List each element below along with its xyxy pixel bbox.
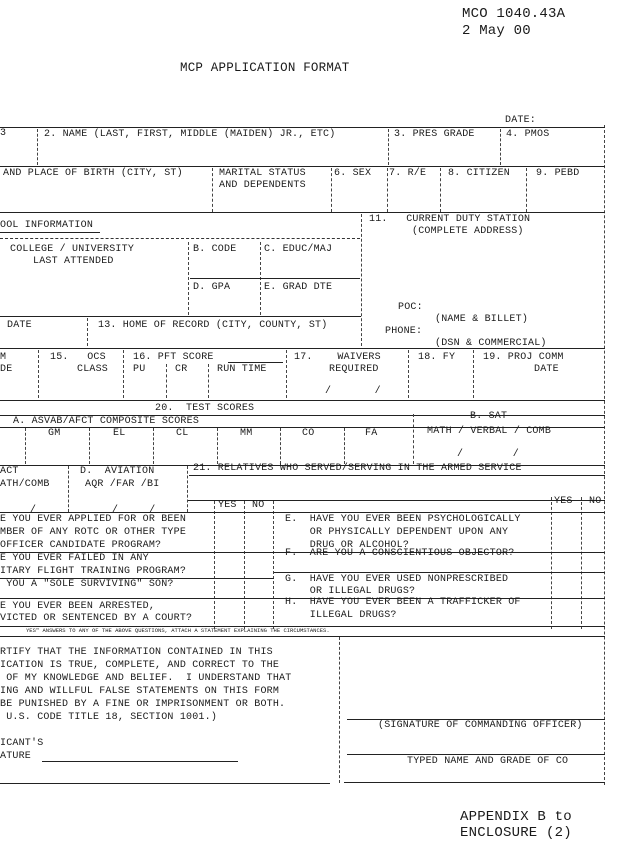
asvab-col-el: EL xyxy=(113,428,125,440)
divider xyxy=(388,129,389,165)
aviation-label: D. AVIATION xyxy=(80,466,154,478)
item16-pft-label: 16. PFT SCORE xyxy=(133,352,214,364)
co-score-field[interactable] xyxy=(282,441,342,463)
sat-score-field[interactable] xyxy=(415,441,601,463)
divider xyxy=(153,428,154,464)
pu-label: PU xyxy=(133,364,145,376)
question-e-line1: E. HAVE YOU EVER BEEN PSYCHOLOGICALLY xyxy=(285,514,521,526)
sex-field[interactable] xyxy=(333,181,385,211)
code-label: B. CODE xyxy=(193,244,236,256)
school-info-heading: OOL INFORMATION xyxy=(0,220,93,232)
run-time-label: RUN TIME xyxy=(217,364,267,376)
question-a-yes-box[interactable] xyxy=(216,514,242,550)
asvab-col-co: CO xyxy=(302,428,314,440)
aviation-score-field[interactable] xyxy=(70,492,185,512)
question-c-yes-box[interactable] xyxy=(216,580,242,598)
el-score-field[interactable] xyxy=(91,441,151,463)
page-title: MCP APPLICATION FORMAT xyxy=(180,61,349,76)
question-f-no-box[interactable] xyxy=(583,554,603,572)
form-right-border xyxy=(604,125,605,785)
divider xyxy=(37,129,38,165)
duty-station-field[interactable] xyxy=(364,240,602,296)
rule xyxy=(0,316,361,317)
left-no-header: NO xyxy=(252,500,264,512)
divider xyxy=(551,497,552,629)
question-b-line1: E YOU EVER FAILED IN ANY xyxy=(0,553,149,565)
act-fragment-line1: ACT xyxy=(0,466,19,478)
appendix-label: APPENDIX B to xyxy=(460,809,572,826)
item19-proj-comm-label: 19. PROJ COMM xyxy=(483,352,564,364)
rule xyxy=(0,348,605,349)
divider xyxy=(188,242,189,315)
divider xyxy=(440,168,441,212)
question-g-no-box[interactable] xyxy=(583,574,603,596)
duty-station-label: 11. CURRENT DUTY STATION xyxy=(369,214,530,226)
item4-pmos-label: 4. PMOS xyxy=(506,129,549,141)
rule xyxy=(344,782,605,783)
divider xyxy=(89,428,90,464)
sat-columns-label: MATH / VERBAL / COMB xyxy=(427,426,551,438)
item15-ocs-label: 15. OCS xyxy=(50,352,106,364)
home-of-record-field[interactable] xyxy=(90,332,358,346)
pebd-field[interactable] xyxy=(528,181,602,211)
divider xyxy=(280,428,281,464)
date-fragment-label: DATE xyxy=(7,320,32,332)
rule xyxy=(188,500,605,501)
divider xyxy=(166,364,167,398)
certification-line1: RTIFY THAT THE INFORMATION CONTAINED IN … xyxy=(0,647,273,659)
item6-sex-label: 6. SEX xyxy=(334,168,371,180)
co-signature-field[interactable] xyxy=(347,700,602,718)
divider xyxy=(413,414,414,464)
gpa-label: D. GPA xyxy=(193,282,230,294)
question-h-no-box[interactable] xyxy=(583,600,603,626)
educ-maj-label: C. EDUC/MAJ xyxy=(264,244,332,256)
divider xyxy=(273,501,274,629)
poc-label: POC: xyxy=(398,302,423,314)
rule xyxy=(274,572,605,573)
birth-field[interactable] xyxy=(0,181,210,211)
question-e-line2: OR PHYSICALLY DEPENDENT UPON ANY xyxy=(285,527,508,539)
gm-score-field[interactable] xyxy=(27,441,87,463)
rule xyxy=(0,783,330,784)
signature-line xyxy=(42,761,238,762)
citizen-field[interactable] xyxy=(442,181,524,211)
pu-field[interactable] xyxy=(125,377,163,397)
marital-status-label: MARITAL STATUS xyxy=(219,168,306,180)
question-f-line1: F. ARE YOU A CONSCIENTIOUS OBJECTOR? xyxy=(285,548,514,560)
college-label: COLLEGE / UNIVERSITY xyxy=(10,244,134,256)
cr-label: CR xyxy=(175,364,187,376)
divider xyxy=(187,466,188,512)
rule xyxy=(0,636,605,637)
certification-line4: ING AND WILLFUL FALSE STATEMENTS ON THIS… xyxy=(0,686,279,698)
code-field[interactable] xyxy=(190,256,258,276)
left-yes-header: YES xyxy=(218,500,237,512)
certification-line2: ICATION IS TRUE, COMPLETE, AND CORRECT T… xyxy=(0,660,279,672)
heading-underline xyxy=(0,232,100,233)
asvab-col-gm: GM xyxy=(48,428,60,440)
divider xyxy=(331,168,332,212)
divider xyxy=(212,168,213,212)
divider xyxy=(286,350,287,398)
pmos-field[interactable] xyxy=(502,142,602,164)
question-c-no-box[interactable] xyxy=(246,580,272,598)
applicant-signature-label-line1: ICANT'S xyxy=(0,738,43,750)
divider xyxy=(344,428,345,464)
poc-field[interactable] xyxy=(432,300,600,312)
item13-home-of-record-label: 13. HOME OF RECORD (CITY, COUNTY, ST) xyxy=(98,320,327,332)
rule xyxy=(228,362,283,363)
item7-re-label: 7. R/E xyxy=(389,168,426,180)
last-attended-label: LAST ATTENDED xyxy=(33,256,114,268)
item21-relatives-label: 21. RELATIVES WHO SERVED/SERVING IN THE … xyxy=(193,463,522,475)
complete-address-label: (COMPLETE ADDRESS) xyxy=(412,226,524,238)
question-e-no-box[interactable] xyxy=(583,514,603,550)
question-d-line1: E YOU EVER BEEN ARRESTED, xyxy=(0,601,155,613)
class-label: CLASS xyxy=(77,364,108,376)
question-a-no-box[interactable] xyxy=(246,514,272,550)
question-b-yes-box[interactable] xyxy=(216,554,242,578)
proj-comm-date-label: DATE xyxy=(534,364,559,376)
item17-waivers-label: 17. WAIVERS xyxy=(294,352,381,364)
cl-score-field[interactable] xyxy=(155,441,215,463)
question-g-yes-box[interactable] xyxy=(553,574,579,596)
question-h-yes-box[interactable] xyxy=(553,600,579,626)
item3-pres-grade-label: 3. PRES GRADE xyxy=(394,129,475,141)
act-fragment-line2: ATH/COMB xyxy=(0,479,50,491)
questions-footnote: YES" ANSWERS TO ANY OF THE ABOVE QUESTIO… xyxy=(26,627,330,634)
co-signature-label: (SIGNATURE OF COMMANDING OFFICER) xyxy=(378,720,583,732)
divider xyxy=(581,497,582,629)
question-a-line1: E YOU EVER APPLIED FOR OR BEEN xyxy=(0,514,186,526)
item14-fragment-line1: M xyxy=(0,352,6,364)
question-h-line1: H. HAVE YOU EVER BEEN A TRAFFICKER OF xyxy=(285,597,521,609)
co-typed-name-label: TYPED NAME AND GRADE OF CO xyxy=(407,756,568,768)
act-score-field[interactable] xyxy=(0,492,66,512)
relatives-field[interactable] xyxy=(190,477,600,497)
asvab-col-cl: CL xyxy=(176,428,188,440)
gpa-field[interactable] xyxy=(190,294,258,314)
row3-top-rule xyxy=(0,212,605,213)
row2-top-rule xyxy=(0,166,605,167)
item18-fy-label: 18. FY xyxy=(418,352,455,364)
date-field[interactable] xyxy=(0,332,84,346)
aviation-subcols-label: AQR /FAR /BI xyxy=(85,479,159,491)
divider xyxy=(68,466,69,512)
proj-comm-date-field[interactable] xyxy=(475,378,601,396)
fa-score-field[interactable] xyxy=(346,441,411,463)
name-field[interactable] xyxy=(40,142,385,164)
question-c-line1: YOU A "SOLE SURVIVING" SON? xyxy=(0,579,174,591)
phone-field[interactable] xyxy=(432,324,600,336)
order-number: MCO 1040.43A xyxy=(462,6,565,23)
question-d-line2: VICTED OR SENTENCED BY A COURT? xyxy=(0,613,192,625)
divider xyxy=(244,501,245,629)
college-field[interactable] xyxy=(0,270,186,314)
question-e-yes-box[interactable] xyxy=(553,514,579,550)
question-f-yes-box[interactable] xyxy=(553,554,579,572)
ocs-class-field[interactable] xyxy=(40,377,120,397)
divider xyxy=(473,350,474,398)
rule xyxy=(189,475,605,476)
question-d-yes-box[interactable] xyxy=(216,600,242,626)
rule xyxy=(0,598,274,599)
divider xyxy=(25,428,26,464)
order-date: 2 May 00 xyxy=(462,23,531,40)
rule xyxy=(347,754,605,755)
applicant-signature-field[interactable] xyxy=(42,746,238,760)
question-h-line2: ILLEGAL DRUGS? xyxy=(285,610,397,622)
required-label: REQUIRED xyxy=(329,364,379,376)
date-label: DATE: xyxy=(505,115,536,127)
asvab-col-fa: FA xyxy=(365,428,377,440)
co-typed-name-field[interactable] xyxy=(347,737,602,753)
certification-line3: OF MY KNOWLEDGE AND BELIEF. I UNDERSTAND… xyxy=(0,673,291,685)
mm-score-field[interactable] xyxy=(219,441,279,463)
row1-top-rule xyxy=(0,127,605,128)
item2-name-label: 2. NAME (LAST, FIRST, MIDDLE (MAIDEN) JR… xyxy=(44,129,335,141)
sat-title: B. SAT xyxy=(470,411,507,423)
item9-pebd-label: 9. PEBD xyxy=(536,168,579,180)
divider xyxy=(217,428,218,464)
divider xyxy=(339,637,340,783)
certification-line5: BE PUNISHED BY A FINE OR IMPRISONMENT OR… xyxy=(0,699,285,711)
divider xyxy=(387,168,388,212)
divider xyxy=(500,129,501,165)
pres-grade-field[interactable] xyxy=(390,142,498,164)
run-time-field[interactable] xyxy=(210,377,284,397)
question-b-line2: ITARY FLIGHT TRAINING PROGRAM? xyxy=(0,566,186,578)
enclosure-label: ENCLOSURE (2) xyxy=(460,825,572,842)
phone-label: PHONE: xyxy=(385,326,422,338)
divider xyxy=(408,350,409,398)
question-d-no-box[interactable] xyxy=(246,600,272,626)
divider xyxy=(38,350,39,398)
divider xyxy=(208,364,209,398)
applicant-signature-label-line2: ATURE xyxy=(0,751,31,763)
right-yes-header: YES xyxy=(554,496,573,508)
divider xyxy=(87,318,88,346)
divider xyxy=(361,214,362,346)
item1-fragment: 3 xyxy=(0,128,6,140)
item5-birth-label: AND PLACE OF BIRTH (CITY, ST) xyxy=(3,168,183,180)
test-scores-title: 20. TEST SCORES xyxy=(155,403,254,415)
item8-citizen-label: 8. CITIZEN xyxy=(448,168,510,180)
educ-maj-field[interactable] xyxy=(262,256,358,276)
item14-fragment-line2: DE xyxy=(0,364,12,376)
question-b-no-box[interactable] xyxy=(246,554,272,578)
fy-field[interactable] xyxy=(410,366,470,396)
divider xyxy=(214,501,215,629)
re-field[interactable] xyxy=(389,181,439,211)
dependents-label: AND DEPENDENTS xyxy=(219,180,306,192)
grad-dte-label: E. GRAD DTE xyxy=(264,282,332,294)
asvab-col-mm: MM xyxy=(240,428,252,440)
question-g-line1: G. HAVE YOU EVER USED NONPRESCRIBED xyxy=(285,574,508,586)
right-no-header: NO xyxy=(589,496,601,508)
waivers-field[interactable] xyxy=(288,378,406,396)
question-a-line3: OFFICER CANDIDATE PROGRAM? xyxy=(0,540,161,552)
divider xyxy=(123,350,124,398)
marital-status-field[interactable] xyxy=(214,193,330,211)
question-a-line2: MBER OF ANY ROTC OR OTHER TYPE xyxy=(0,527,186,539)
rule xyxy=(0,400,605,401)
rule xyxy=(0,512,605,513)
dashed-rule xyxy=(0,238,360,239)
grad-dte-field[interactable] xyxy=(262,294,358,314)
rule xyxy=(190,278,360,279)
certification-line6: U.S. CODE TITLE 18, SECTION 1001.) xyxy=(0,712,217,724)
cr-field[interactable] xyxy=(168,377,206,397)
divider xyxy=(526,168,527,212)
